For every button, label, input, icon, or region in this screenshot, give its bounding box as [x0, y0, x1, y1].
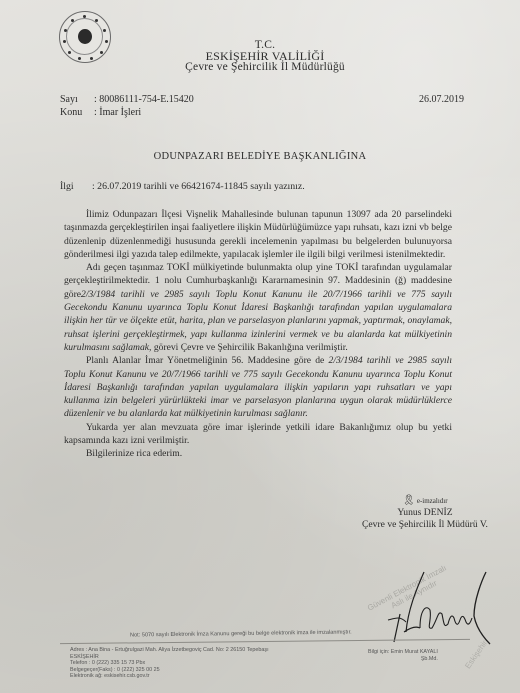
- letterhead-directorate: Çevre ve Şehircilik İl Müdürlüğü: [10, 62, 520, 73]
- paragraph-4: Yukarda yer alan mevzuata göre imar işle…: [64, 421, 452, 448]
- footer-city: ESKİŞEHİR: [70, 654, 269, 661]
- footer-info-contact: Bilgi için: Emin Murat KAYALI Şb.Md.: [368, 649, 438, 662]
- award-ribbon-icon: 🎗︎: [402, 495, 415, 506]
- sayi-value: : 80086111-754-E.15420: [94, 94, 194, 105]
- footer-fax: Belgegeçer(Faks) : 0 (222) 325 00 25: [70, 667, 269, 674]
- signer-title: Çevre ve Şehircilik İl Müdürü V.: [330, 519, 520, 531]
- signer-name: Yunus DENİZ: [330, 507, 520, 519]
- letterhead: T.C. ESKİŞEHİR VALİLİĞİ Çevre ve Şehirci…: [0, 40, 520, 73]
- konu-value: : İmar İşleri: [94, 107, 141, 118]
- subject-row: Konu: İmar İşleri: [60, 107, 141, 118]
- paragraph-1: İlimiz Odunpazarı İlçesi Vişnelik Mahall…: [64, 208, 452, 261]
- addressee: ODUNPAZARI BELEDİYE BAŞKANLIĞINA: [0, 151, 520, 162]
- konu-label: Konu: [60, 107, 94, 118]
- footer-contact: Adres : Ana Bina - Ertuğrulgazi Mah. Ali…: [70, 647, 269, 680]
- e-signature-badge: 🎗︎ e-imzalıdır: [330, 495, 520, 507]
- ilgi-label: İlgi: [60, 181, 92, 192]
- footer-legal-note: Not: 5070 sayılı Elektronik İmza Kanunu …: [130, 629, 352, 638]
- footer-web: Elektronik ağ: eskisehir.csb.gov.tr: [70, 673, 269, 680]
- footer-phone: Telefon : 0 (222) 335 15 73 Pbx: [70, 660, 269, 667]
- ilgi-value: : 26.07.2019 tarihli ve 66421674-11845 s…: [92, 181, 305, 192]
- signature-block: 🎗︎ e-imzalıdır Yunus DENİZ Çevre ve Şehi…: [330, 495, 520, 531]
- footer-address: Adres : Ana Bina - Ertuğrulgazi Mah. Ali…: [70, 647, 269, 654]
- document-date: 26.07.2019: [419, 94, 464, 105]
- paragraph-5: Bilgilerinize rica ederim.: [64, 447, 452, 460]
- sayi-label: Sayı: [60, 94, 94, 105]
- paragraph-3: Planlı Alanlar İmar Yönetmeliğinin 56. M…: [64, 354, 452, 420]
- paragraph-2: Adı geçen taşınmaz TOKİ mülkiyetinde bul…: [64, 261, 452, 354]
- reference-number-row: Sayı: 80086111-754-E.15420: [60, 94, 194, 105]
- reference-row: İlgi: 26.07.2019 tarihli ve 66421674-118…: [60, 181, 305, 192]
- letter-body: İlimiz Odunpazarı İlçesi Vişnelik Mahall…: [64, 208, 452, 461]
- handwritten-signature: [386, 570, 506, 650]
